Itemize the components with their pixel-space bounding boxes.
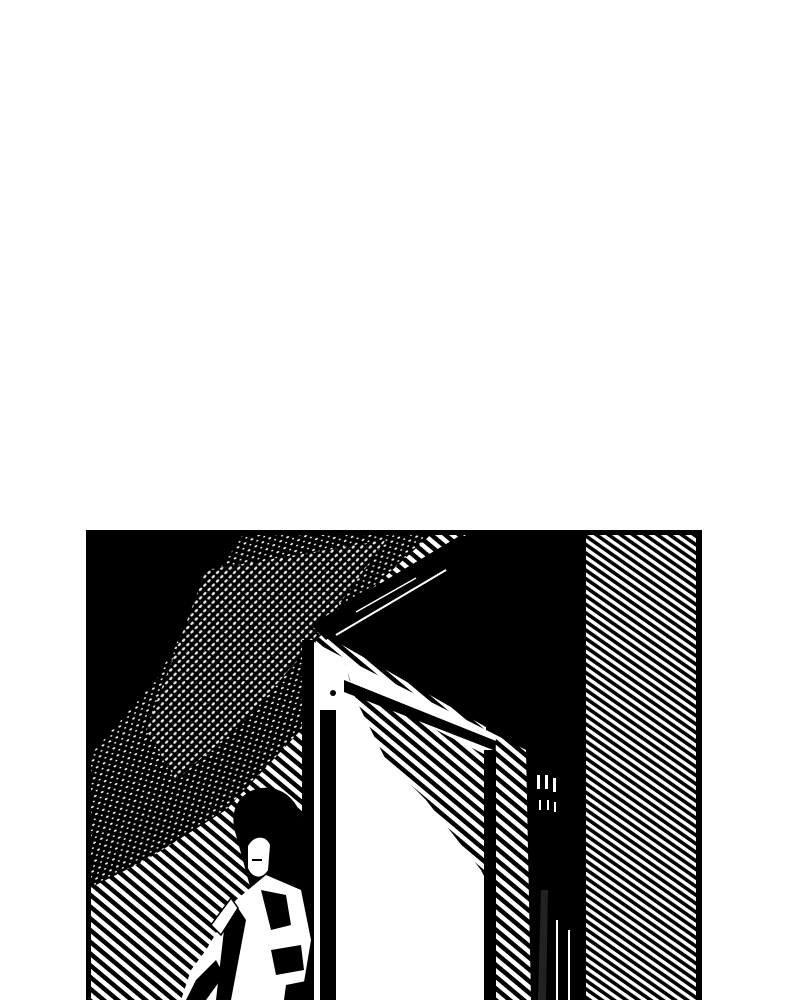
comic-page xyxy=(0,0,800,1000)
panel-left-border xyxy=(86,530,91,1000)
panel-right-border xyxy=(696,530,702,1000)
panel-top-border xyxy=(86,530,702,535)
comic-panel xyxy=(86,530,702,1000)
panel-illustration xyxy=(86,530,702,1000)
hatched-wall xyxy=(584,530,702,1000)
